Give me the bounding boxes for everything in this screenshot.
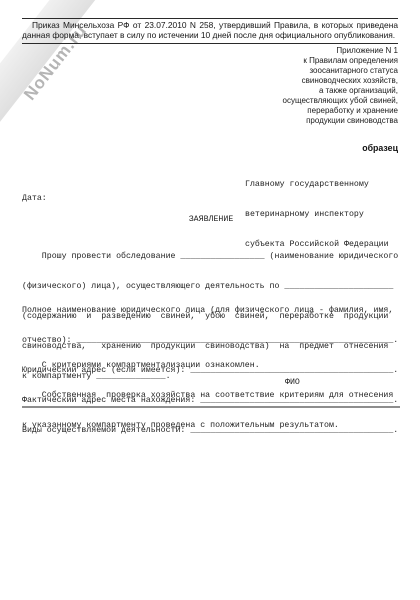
- document-title: ЗАЯВЛЕНИЕ: [22, 215, 400, 225]
- recipient-line: Главному государственному: [245, 180, 389, 190]
- paragraph-line: Прошу провести обследование ____________…: [22, 252, 402, 262]
- appendix-line: осуществляющих убой свиней,: [283, 96, 398, 106]
- field-line: Полное наименование юридического лица (д…: [22, 306, 402, 316]
- closing-line: к указанному компартменту проведена с по…: [22, 421, 402, 431]
- appendix-line: свиноводческих хозяйств,: [283, 76, 398, 86]
- bottom-divider: [22, 406, 400, 408]
- appendix-line: к Правилам определения: [283, 56, 398, 66]
- document-page: NoNum.ru Приказ Минсельхоза РФ от 23.07.…: [0, 0, 420, 600]
- closing-line: С критериями компартментализации ознаком…: [22, 361, 402, 371]
- appendix-line: переработку и хранение: [283, 106, 398, 116]
- signature-name-label: ФИО: [285, 378, 300, 388]
- closing-line: Собственная проверка хозяйства на соотве…: [22, 391, 402, 401]
- date-label: Дата:: [22, 194, 47, 204]
- appendix-line: а также организаций,: [283, 86, 398, 96]
- closing-statements: С критериями компартментализации ознаком…: [22, 341, 402, 451]
- appendix-line: Приложение N 1: [283, 46, 398, 56]
- appendix-line: продукции свиноводства: [283, 116, 398, 126]
- order-effective-note: Приказ Минсельхоза РФ от 23.07.2010 N 25…: [22, 18, 398, 44]
- appendix-block: Приложение N 1 к Правилам определения зо…: [283, 46, 398, 126]
- sample-label: образец: [362, 143, 398, 153]
- appendix-line: зоосанитарного статуса: [283, 66, 398, 76]
